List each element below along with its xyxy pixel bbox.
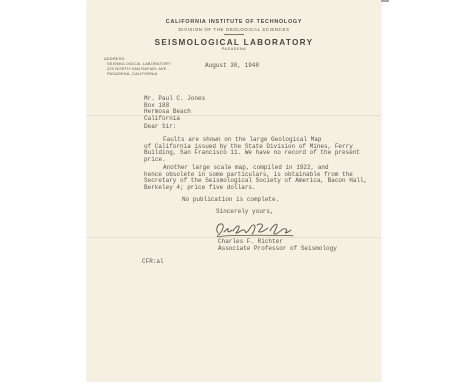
- salutation: Dear Sir:: [144, 124, 176, 131]
- signature-script-icon: [213, 220, 297, 240]
- body-line: Building, San Francisco 11. We have no r…: [144, 150, 376, 157]
- letterhead-city: PASADENA: [87, 47, 381, 51]
- body-line: price.: [144, 157, 376, 164]
- closing-note: No publication is complete.: [182, 197, 279, 204]
- body-paragraph-1: Faults are shown on the large Geological…: [144, 137, 376, 164]
- letterhead-divider: [224, 34, 244, 35]
- sender-address-block: ADDRESS: SEISMOLOGICAL LABORATORY 220 NO…: [104, 56, 171, 76]
- institute-name: CALIFORNIA INSTITUTE OF TECHNOLOGY: [87, 19, 381, 25]
- fold-crease: [87, 115, 381, 116]
- letter-paper: CALIFORNIA INSTITUTE OF TECHNOLOGY DIVIS…: [87, 0, 381, 382]
- letterhead: CALIFORNIA INSTITUTE OF TECHNOLOGY DIVIS…: [87, 19, 381, 51]
- division-name: DIVISION OF THE GEOLOGICAL SCIENCES: [87, 27, 381, 32]
- body-paragraph-2: Another large scale map, compiled in 192…: [144, 165, 376, 192]
- body-line: Berkeley 4; price five dollars.: [144, 185, 376, 192]
- recipient-line: California: [144, 116, 205, 123]
- letter-date: August 30, 1948: [205, 63, 259, 70]
- laboratory-name: SEISMOLOGICAL LABORATORY: [87, 38, 381, 47]
- recipient-address-block: Mr. Paul C. Jones Box 188 Hermosa Beach …: [144, 96, 205, 123]
- scanned-letter-page: { "letterhead": { "institute": "CALIFORN…: [0, 0, 468, 382]
- signer-title: Associate Professor of Seismology: [218, 246, 337, 253]
- valediction: Sincerely yours,: [216, 209, 274, 216]
- address-line: PASADENA, CALIFORNIA: [107, 71, 171, 76]
- reference-initials: CFR:al: [142, 259, 164, 266]
- handwritten-signature: [213, 220, 297, 240]
